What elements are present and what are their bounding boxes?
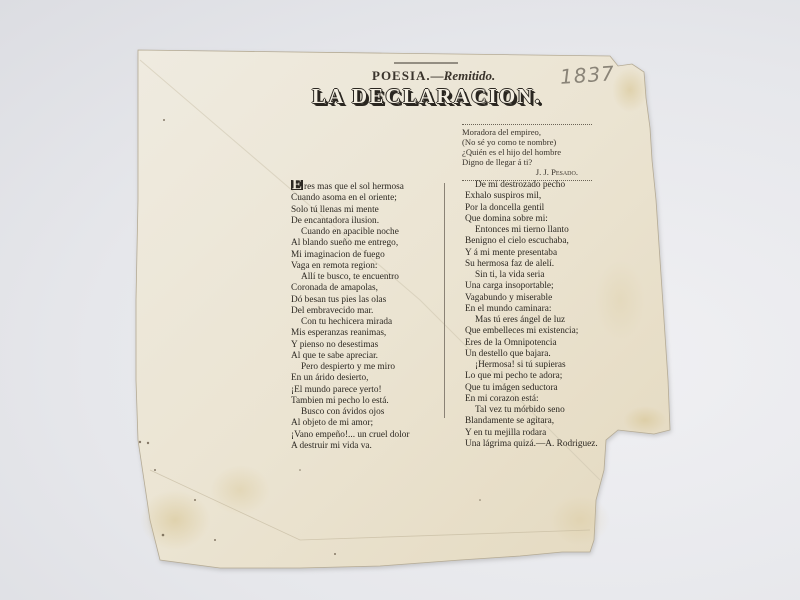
poem-line: Y á mi mente presentaba xyxy=(465,248,625,259)
poem-line-text: Del embravecido mar. xyxy=(291,306,373,316)
poem-line: ¡Hermosa! si tú supieras xyxy=(465,360,625,371)
poem-column-left: Eres mas que el sol hermosaCuando asoma … xyxy=(291,180,431,452)
poem-line: En mi corazon está: xyxy=(465,394,625,405)
poem-line: Un destello que bajara. xyxy=(465,349,625,360)
poem-line-text: Allí te busco, te encuentro xyxy=(301,272,399,282)
poem-line: Tambien mi pecho lo está. xyxy=(291,396,431,407)
poem-line: Mas tú eres ángel de luz xyxy=(465,315,625,326)
epigraph-line: Digno de llegar á ti? xyxy=(462,157,592,167)
poem-line: Una lágrima quizá.—A. Rodriguez. xyxy=(465,439,625,450)
epigraph-line: ¿Quién es el hijo del hombre xyxy=(462,147,592,157)
poem-line-text: Mis esperanzas reanimas, xyxy=(291,328,386,338)
poem-line-text: Entonces mi tierno llanto xyxy=(475,225,569,235)
epigraph: Moradora del empireo, (No sé yo como te … xyxy=(462,124,592,183)
poem-line-text: Al blando sueño me entrego, xyxy=(291,238,398,248)
poem-line-text: Pero despierto y me miro xyxy=(301,362,395,372)
poem-line-text: Blandamente se agitara, xyxy=(465,416,554,426)
poem-line: Eres de la Omnipotencia xyxy=(465,338,625,349)
poem-line: Mis esperanzas reanimas, xyxy=(291,328,431,339)
poem-line-text: De encantadora ilusion. xyxy=(291,216,379,226)
poem-line-text: En mi corazon está: xyxy=(465,394,539,404)
poem-line-text: Tambien mi pecho lo está. xyxy=(291,396,389,406)
poem-line: Que embelleces mi existencia; xyxy=(465,326,625,337)
poem-line-text: Y pienso no desestimas xyxy=(291,340,378,350)
epigraph-top-rule xyxy=(462,124,592,125)
poem-line-text: Por la doncella gentil xyxy=(465,203,544,213)
poem-line: Del embravecido mar. xyxy=(291,306,431,317)
poem-line: Blandamente se agitara, xyxy=(465,416,625,427)
poem-line-text: Exhalo suspiros mil, xyxy=(465,191,541,201)
poem-line: De mi destrozado pecho xyxy=(465,180,625,191)
poem-column-right: De mi destrozado pechoExhalo suspiros mi… xyxy=(465,180,625,450)
handwritten-year: 1837 xyxy=(559,61,615,89)
poem-line-text: Sin ti, la vida seria xyxy=(475,270,544,280)
poem-line-text: ¡El mundo parece yerto! xyxy=(291,385,382,395)
poem-line-text: Un destello que bajara. xyxy=(465,349,551,359)
poem-line-text: Busco con ávidos ojos xyxy=(301,407,384,417)
poem-line-text: Mi imaginacion de fuego xyxy=(291,250,385,260)
poem-line-text: ¡Vano empeño!... un cruel dolor xyxy=(291,430,410,440)
poem-line-text: ¡Hermosa! si tú supieras xyxy=(475,360,566,370)
section-heading: POESIA.—Remitido. xyxy=(372,68,495,84)
poem-line: Que domina sobre mi: xyxy=(465,214,625,225)
poem-line: Dó besan tus pies las olas xyxy=(291,295,431,306)
ornamental-rule xyxy=(394,62,458,64)
poem-line-text: Cuando en apacible noche xyxy=(301,227,399,237)
poem-line-text: Solo tú llenas mi mente xyxy=(291,205,379,215)
poem-line: En el mundo caminara: xyxy=(465,304,625,315)
poem-line: Vagabundo y miserable xyxy=(465,293,625,304)
poem-line: Eres mas que el sol hermosa xyxy=(291,180,431,193)
poem-line-text: Una carga insoportable; xyxy=(465,281,554,291)
poem-line: Mi imaginacion de fuego xyxy=(291,250,431,261)
poem-line: Benigno el cielo escuchaba, xyxy=(465,236,625,247)
poem-line-text: En un árido desierto, xyxy=(291,373,368,383)
poem-line-text: Y á mi mente presentaba xyxy=(465,248,557,258)
poem-line-text: Coronada de amapolas, xyxy=(291,283,378,293)
poem-line: Busco con ávidos ojos xyxy=(291,407,431,418)
poem-line-text: De mi destrozado pecho xyxy=(475,180,565,190)
poem-line: Y en tu mejilla rodara xyxy=(465,428,625,439)
poem-line: Sin ti, la vida seria xyxy=(465,270,625,281)
poem-line-text: Cuando asoma en el oriente; xyxy=(291,193,397,203)
poem-line: Lo que mi pecho te adora; xyxy=(465,371,625,382)
poem-line: Al que te sabe apreciar. xyxy=(291,351,431,362)
poem-line: Con tu hechicera mirada xyxy=(291,317,431,328)
drop-cap: E xyxy=(291,180,303,190)
poem-line: Cuando asoma en el oriente; xyxy=(291,193,431,204)
section-subtitle: —Remitido. xyxy=(431,68,496,83)
poem-line-text: Al objeto de mi amor; xyxy=(291,418,373,428)
poem-line-text: Lo que mi pecho te adora; xyxy=(465,371,562,381)
poem-line: Su hermosa faz de alelí. xyxy=(465,259,625,270)
document-content: POESIA.—Remitido. 1837 LA DECLARACION. M… xyxy=(0,0,800,600)
poem-line: Una carga insoportable; xyxy=(465,281,625,292)
poem-title: LA DECLARACION. xyxy=(312,84,542,109)
poem-line: Al blando sueño me entrego, xyxy=(291,238,431,249)
poem-line: Pero despierto y me miro xyxy=(291,362,431,373)
poem-line: ¡Vano empeño!... un cruel dolor xyxy=(291,430,431,441)
column-divider xyxy=(444,183,445,418)
poem-line-text: Una lágrima quizá.—A. Rodriguez. xyxy=(465,439,598,449)
poem-line: Solo tú llenas mi mente xyxy=(291,205,431,216)
poem-line: Cuando en apacible noche xyxy=(291,227,431,238)
poem-line: ¡El mundo parece yerto! xyxy=(291,385,431,396)
poem-line: Entonces mi tierno llanto xyxy=(465,225,625,236)
poem-line: A destruir mi vida va. xyxy=(291,441,431,452)
poem-line: Allí te busco, te encuentro xyxy=(291,272,431,283)
poem-line: Por la doncella gentil xyxy=(465,203,625,214)
poem-line: Vaga en remota region: xyxy=(291,261,431,272)
poem-line: De encantadora ilusion. xyxy=(291,216,431,227)
poem-line-text: Benigno el cielo escuchaba, xyxy=(465,236,569,246)
poem-line-text: Al que te sabe apreciar. xyxy=(291,351,378,361)
poem-line-text: Que domina sobre mi: xyxy=(465,214,548,224)
poem-line-text: Y en tu mejilla rodara xyxy=(465,428,546,438)
poem-line: Coronada de amapolas, xyxy=(291,283,431,294)
poem-line-text: En el mundo caminara: xyxy=(465,304,551,314)
poem-line: Y pienso no desestimas xyxy=(291,340,431,351)
poem-line-text: Tal vez tu mórbido seno xyxy=(475,405,565,415)
poem-line-text: Vaga en remota region: xyxy=(291,261,377,271)
poem-line: Exhalo suspiros mil, xyxy=(465,191,625,202)
poem-line: Que tu imágen seductora xyxy=(465,383,625,394)
poem-line: Tal vez tu mórbido seno xyxy=(465,405,625,416)
poem-line-text: A destruir mi vida va. xyxy=(291,441,372,451)
epigraph-line: (No sé yo como te nombre) xyxy=(462,137,592,147)
poem-line-text: Que tu imágen seductora xyxy=(465,383,558,393)
poem-line-text: Dó besan tus pies las olas xyxy=(291,295,386,305)
epigraph-line: Moradora del empireo, xyxy=(462,127,592,137)
poem-line-text: Vagabundo y miserable xyxy=(465,293,552,303)
poem-line-text: Con tu hechicera mirada xyxy=(301,317,392,327)
epigraph-author: J. J. Pesado. xyxy=(462,167,592,177)
section-label: POESIA. xyxy=(372,68,431,83)
poem-line-text: Que embelleces mi existencia; xyxy=(465,326,578,336)
poem-line-text: res mas que el sol hermosa xyxy=(304,182,404,192)
poem-line: Al objeto de mi amor; xyxy=(291,418,431,429)
poem-line-text: Mas tú eres ángel de luz xyxy=(475,315,565,325)
poem-line-text: Su hermosa faz de alelí. xyxy=(465,259,554,269)
poem-line-text: Eres de la Omnipotencia xyxy=(465,338,557,348)
poem-line: En un árido desierto, xyxy=(291,373,431,384)
